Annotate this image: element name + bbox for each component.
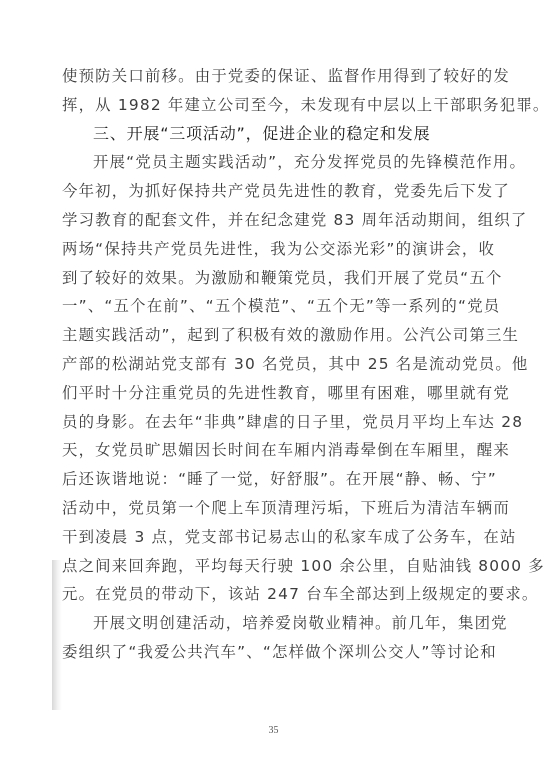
text-line: 干到凌晨 3 点，党支部书记易志山的私家车成了公务车，在站: [62, 523, 494, 552]
text-line: 后还诙谐地说：“睡了一觉，好舒服”。在开展“静、畅、宁”: [62, 465, 494, 494]
text-line: 委组织了“我爱公共汽车”、“怎样做个深圳公交人”等讨论和: [62, 638, 494, 667]
text-line: 到了较好的效果。为激励和鞭策党员，我们开展了党员“五个: [62, 264, 494, 293]
text-line: 员的身影。在去年“非典”肆虐的日子里，党员月平均上车达 28: [62, 408, 494, 437]
scan-edge-shadow: [52, 560, 62, 710]
text-line: 点之间来回奔跑，平均每天行驶 100 余公里，自贴油钱 8000 多: [62, 552, 494, 581]
text-line: 今年初，为抓好保持共产党员先进性的教育，党委先后下发了: [62, 177, 494, 206]
text-line: 一”、“五个在前”、“五个模范”、“五个无”等一系列的“党员: [62, 292, 494, 321]
paragraph-start-line: 开展“党员主题实践活动”，充分发挥党员的先锋模范作用。: [62, 148, 494, 177]
text-line: 活动中，党员第一个爬上车顶清理污垢，下班后为清洁车辆而: [62, 494, 494, 523]
text-line: 主题实践活动”，起到了积极有效的激励作用。公汽公司第三生: [62, 321, 494, 350]
text-line: 元。在党员的带动下，该站 247 台车全部达到上级规定的要求。: [62, 580, 494, 609]
section-heading: 三、开展“三项活动”，促进企业的稳定和发展: [62, 120, 494, 149]
page-number: 35: [0, 725, 547, 736]
text-line: 使预防关口前移。由于党委的保证、监督作用得到了较好的发: [62, 62, 494, 91]
document-page: 使预防关口前移。由于党委的保证、监督作用得到了较好的发 挥，从 1982 年建立…: [0, 0, 547, 770]
text-line: 挥，从 1982 年建立公司至今，未发现有中层以上干部职务犯罪。: [62, 91, 494, 120]
text-line: 产部的松湖站党支部有 30 名党员，其中 25 名是流动党员。他: [62, 350, 494, 379]
paragraph-start-line: 开展文明创建活动，培养爱岗敬业精神。前几年，集团党: [62, 609, 494, 638]
text-line: 学习教育的配套文件，并在纪念建党 83 周年活动期间，组织了: [62, 206, 494, 235]
text-line: 天，女党员旷思媚因长时间在车厢内消毒晕倒在车厢里，醒来: [62, 436, 494, 465]
text-line: 两场“保持共产党员先进性，我为公交添光彩”的演讲会，收: [62, 235, 494, 264]
body-text: 使预防关口前移。由于党委的保证、监督作用得到了较好的发 挥，从 1982 年建立…: [62, 62, 494, 667]
text-line: 们平时十分注重党员的先进性教育，哪里有困难，哪里就有党: [62, 379, 494, 408]
